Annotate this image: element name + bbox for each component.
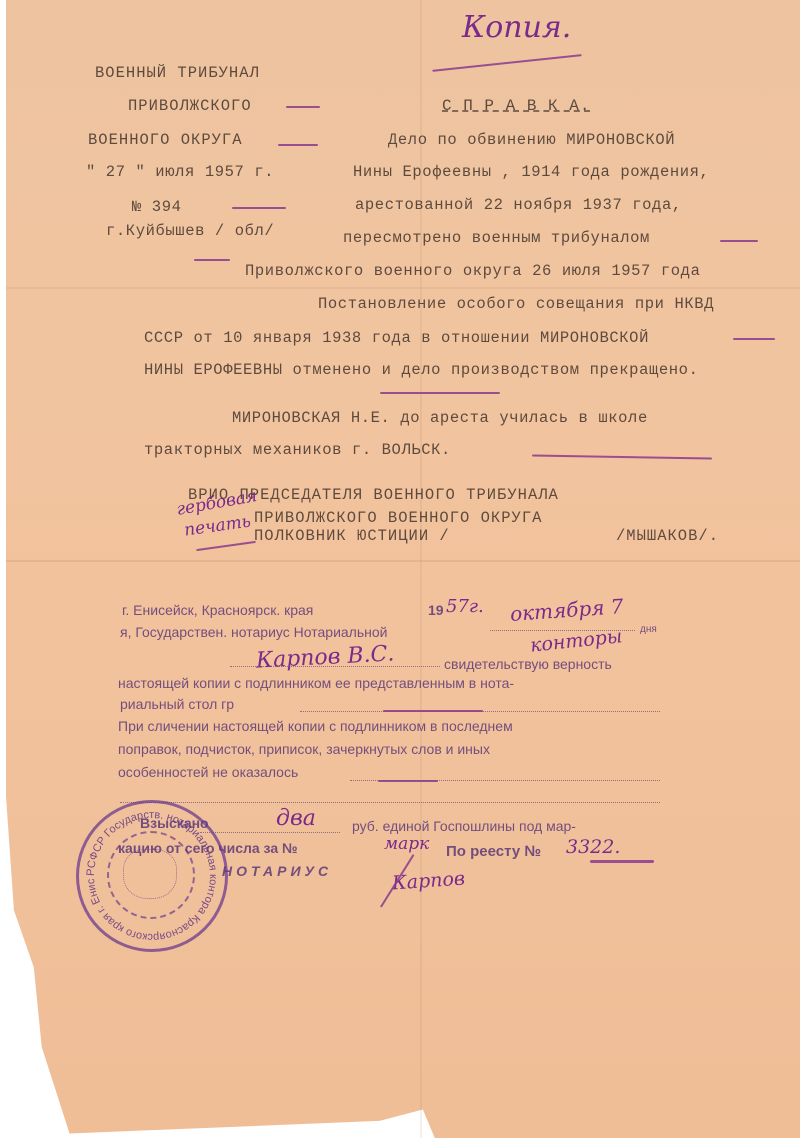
collected-handwritten: два: [276, 806, 316, 831]
fold-line: [6, 287, 800, 289]
ink-dash: [720, 240, 758, 242]
issuer-line-2: ПРИВОЛЖСКОГО: [128, 97, 252, 115]
handwritten-copy-mark: Копия.: [462, 10, 571, 45]
dotted-line: [350, 780, 660, 781]
year-printed: 19: [428, 602, 444, 618]
ink-dash: [278, 144, 318, 146]
official-seal: РСФСР Государств. нотариальная контора К…: [76, 800, 228, 952]
ink-dash: [286, 106, 320, 108]
registry-number: 3322.: [566, 836, 620, 858]
registry-label: По реесту №: [446, 843, 541, 860]
paragraph2-line: тракторных механиков г. ВОЛЬСК.: [144, 441, 451, 459]
issuer-city: г.Куйбышев / обл/: [106, 222, 274, 240]
notary-line-3: свидетельствую верность: [444, 656, 612, 672]
signature-line-2: ПРИВОЛЖСКОГО ВОЕННОГО ОКРУГА: [254, 509, 542, 527]
ink-underline: [383, 710, 483, 712]
ink-dash: [194, 259, 230, 261]
dotted-line: [230, 666, 440, 667]
notary-line-4: настоящей копии с подлинником ее предста…: [118, 675, 514, 691]
body-line: Приволжского военного округа 26 июля 195…: [245, 262, 700, 280]
body-line: арестованной 22 ноября 1937 года,: [355, 196, 682, 214]
ink-underline: [590, 860, 654, 863]
day-suffix: дня: [640, 624, 657, 635]
issuer-line-3: ВОЕННОГО ОКРУГА: [88, 131, 243, 149]
issue-date: " 27 " июля 1957 г.: [86, 163, 274, 181]
fold-line: [6, 560, 800, 562]
body-line: Дело по обвинению МИРОНОВСКОЙ: [388, 131, 675, 149]
body-line: НИНЫ ЕРОФЕЕВНЫ отменено и дело производс…: [144, 361, 698, 379]
ink-underline: [380, 392, 500, 394]
issuer-line-1: ВОЕННЫЙ ТРИБУНАЛ: [95, 64, 260, 82]
document-number: № 394: [132, 198, 182, 216]
notary-line-7: поправок, подчисток, приписок, зачеркнут…: [118, 741, 490, 757]
ink-dash: [733, 338, 775, 340]
paragraph2-line: МИРОНОВСКАЯ Н.Е. до ареста училась в шко…: [232, 409, 648, 427]
stamps-handwritten: марк: [384, 834, 429, 854]
document-title: С П Р А В К А.: [442, 97, 590, 115]
seal-inner-ring: [107, 831, 195, 919]
ink-dash: [232, 207, 286, 209]
body-line: СССР от 10 января 1938 года в отношении …: [144, 329, 649, 347]
body-line: Нины Ерофеевны , 1914 года рождения,: [353, 163, 709, 181]
notary-line-1: г. Енисейск, Красноярск. края: [122, 602, 313, 618]
notary-line-8: особенностей не оказалось: [118, 764, 298, 780]
year-handwritten: 57г.: [446, 596, 484, 617]
body-line: Постановление особого совещания при НКВД: [318, 295, 714, 313]
notary-line-2: я, Государствен. нотариус Нотариальной: [120, 624, 387, 640]
body-line: пересмотрено военным трибуналом: [343, 229, 650, 247]
notary-line-6: При сличении настоящей копии с подлинник…: [118, 718, 513, 734]
coat-of-arms-icon: [123, 849, 177, 899]
notary-title: НОТАРИУС: [222, 863, 332, 879]
notary-line-5: риальный стол гр: [120, 696, 234, 712]
collected-tail: руб. единой Госпошлины под мар-: [352, 818, 576, 834]
signatory-name: /МЫШАКОВ/.: [616, 527, 719, 545]
signature-line-3: ПОЛКОВНИК ЮСТИЦИИ /: [254, 527, 450, 545]
